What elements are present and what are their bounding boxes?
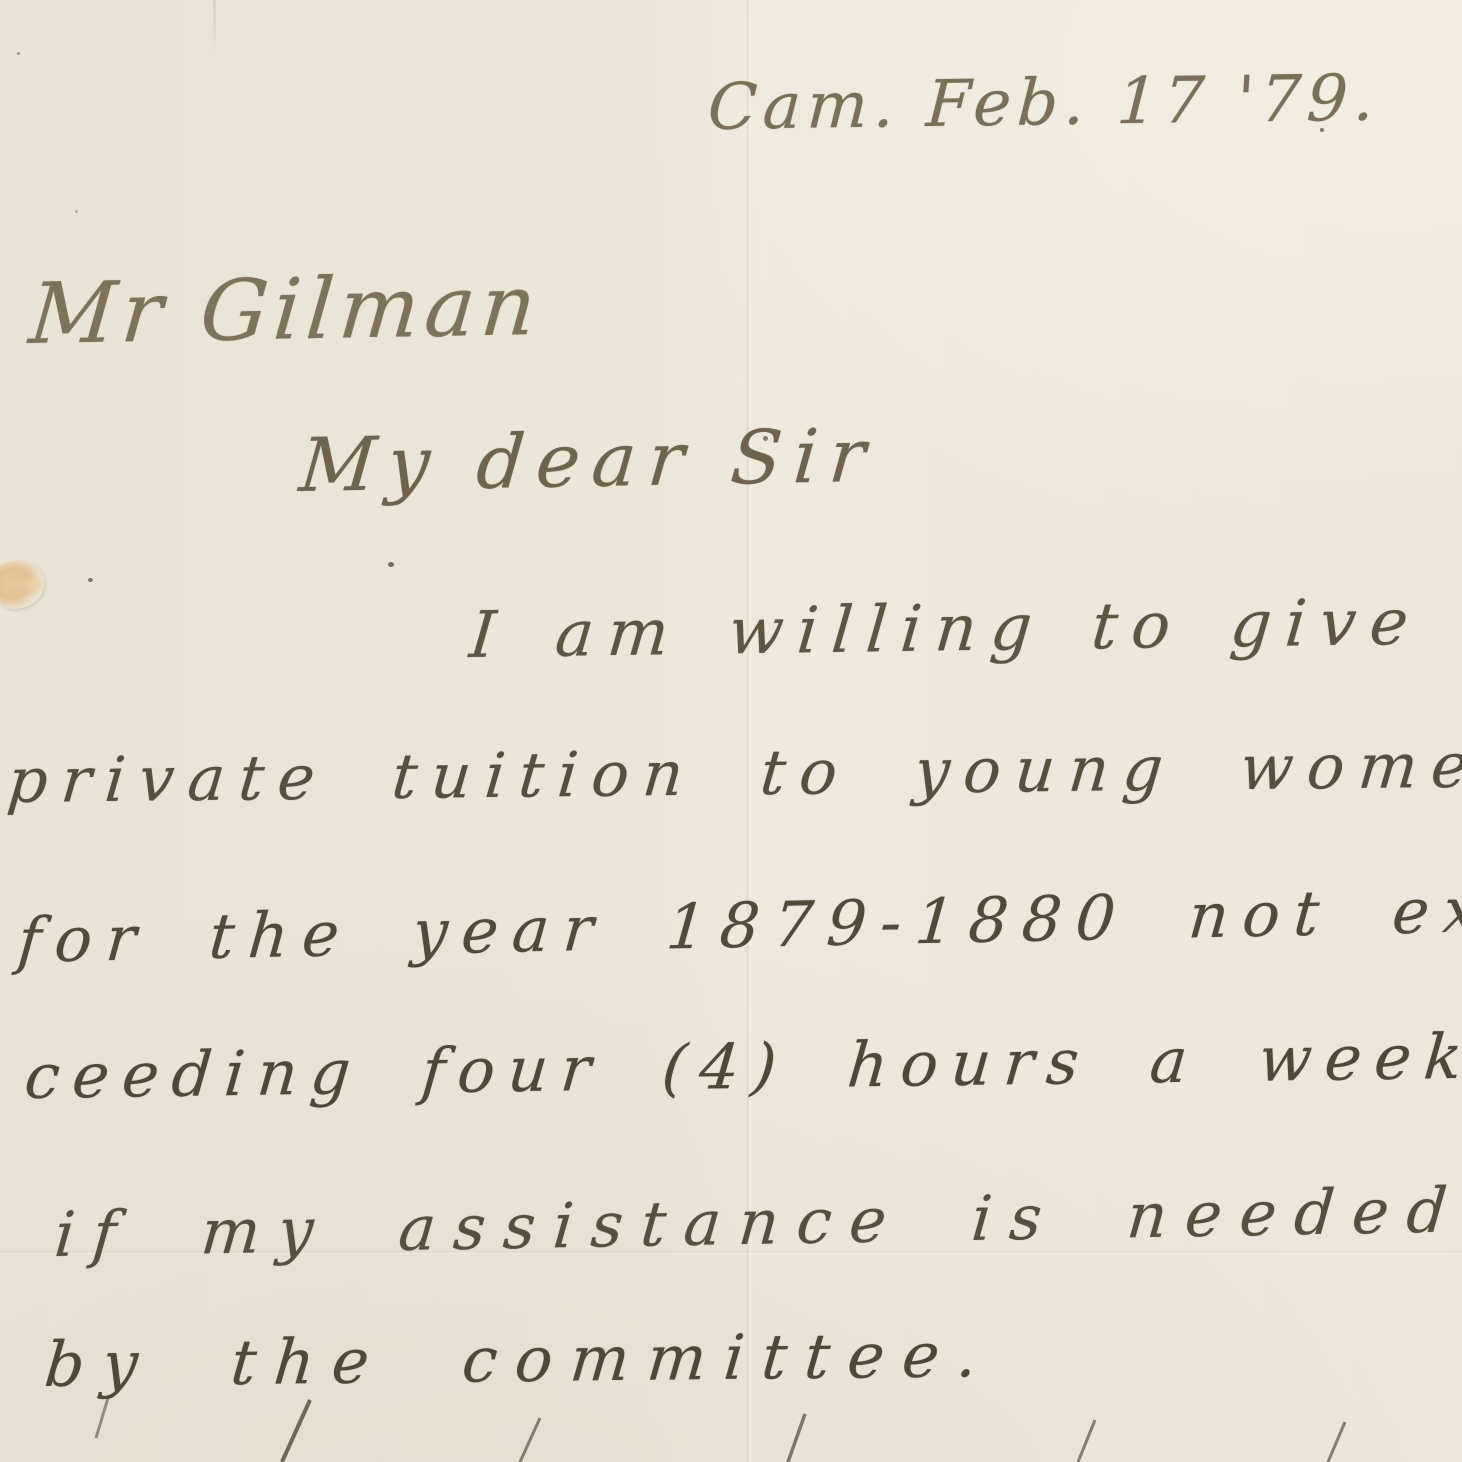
body-line: by the committee.	[41, 1316, 998, 1404]
body-line: ceeding four (4) hours a week,	[21, 1017, 1462, 1115]
recipient-line: Mr Gilman	[25, 253, 546, 367]
ink-speck	[75, 210, 78, 213]
body-line: for the year 1879-1880 not ex	[15, 871, 1462, 980]
ink-speck	[17, 52, 20, 55]
ink-speck	[388, 562, 394, 567]
letter-page: Cam. Feb. 17 '79. Mr Gilman My dear Sir …	[0, 0, 1462, 1462]
body-line: I am willing to give	[466, 583, 1425, 676]
body-line: private tuition to young women	[4, 726, 1462, 820]
paper-damage-spot	[0, 553, 50, 615]
partial-next-line-strokes	[0, 1398, 1462, 1462]
body-line: if my assistance is needed	[52, 1171, 1462, 1273]
ink-speck	[88, 578, 93, 582]
salutation-line: My dear Sir	[296, 410, 881, 513]
date-line: Cam. Feb. 17 '79.	[706, 59, 1383, 148]
top-edge-crease	[213, 0, 216, 55]
